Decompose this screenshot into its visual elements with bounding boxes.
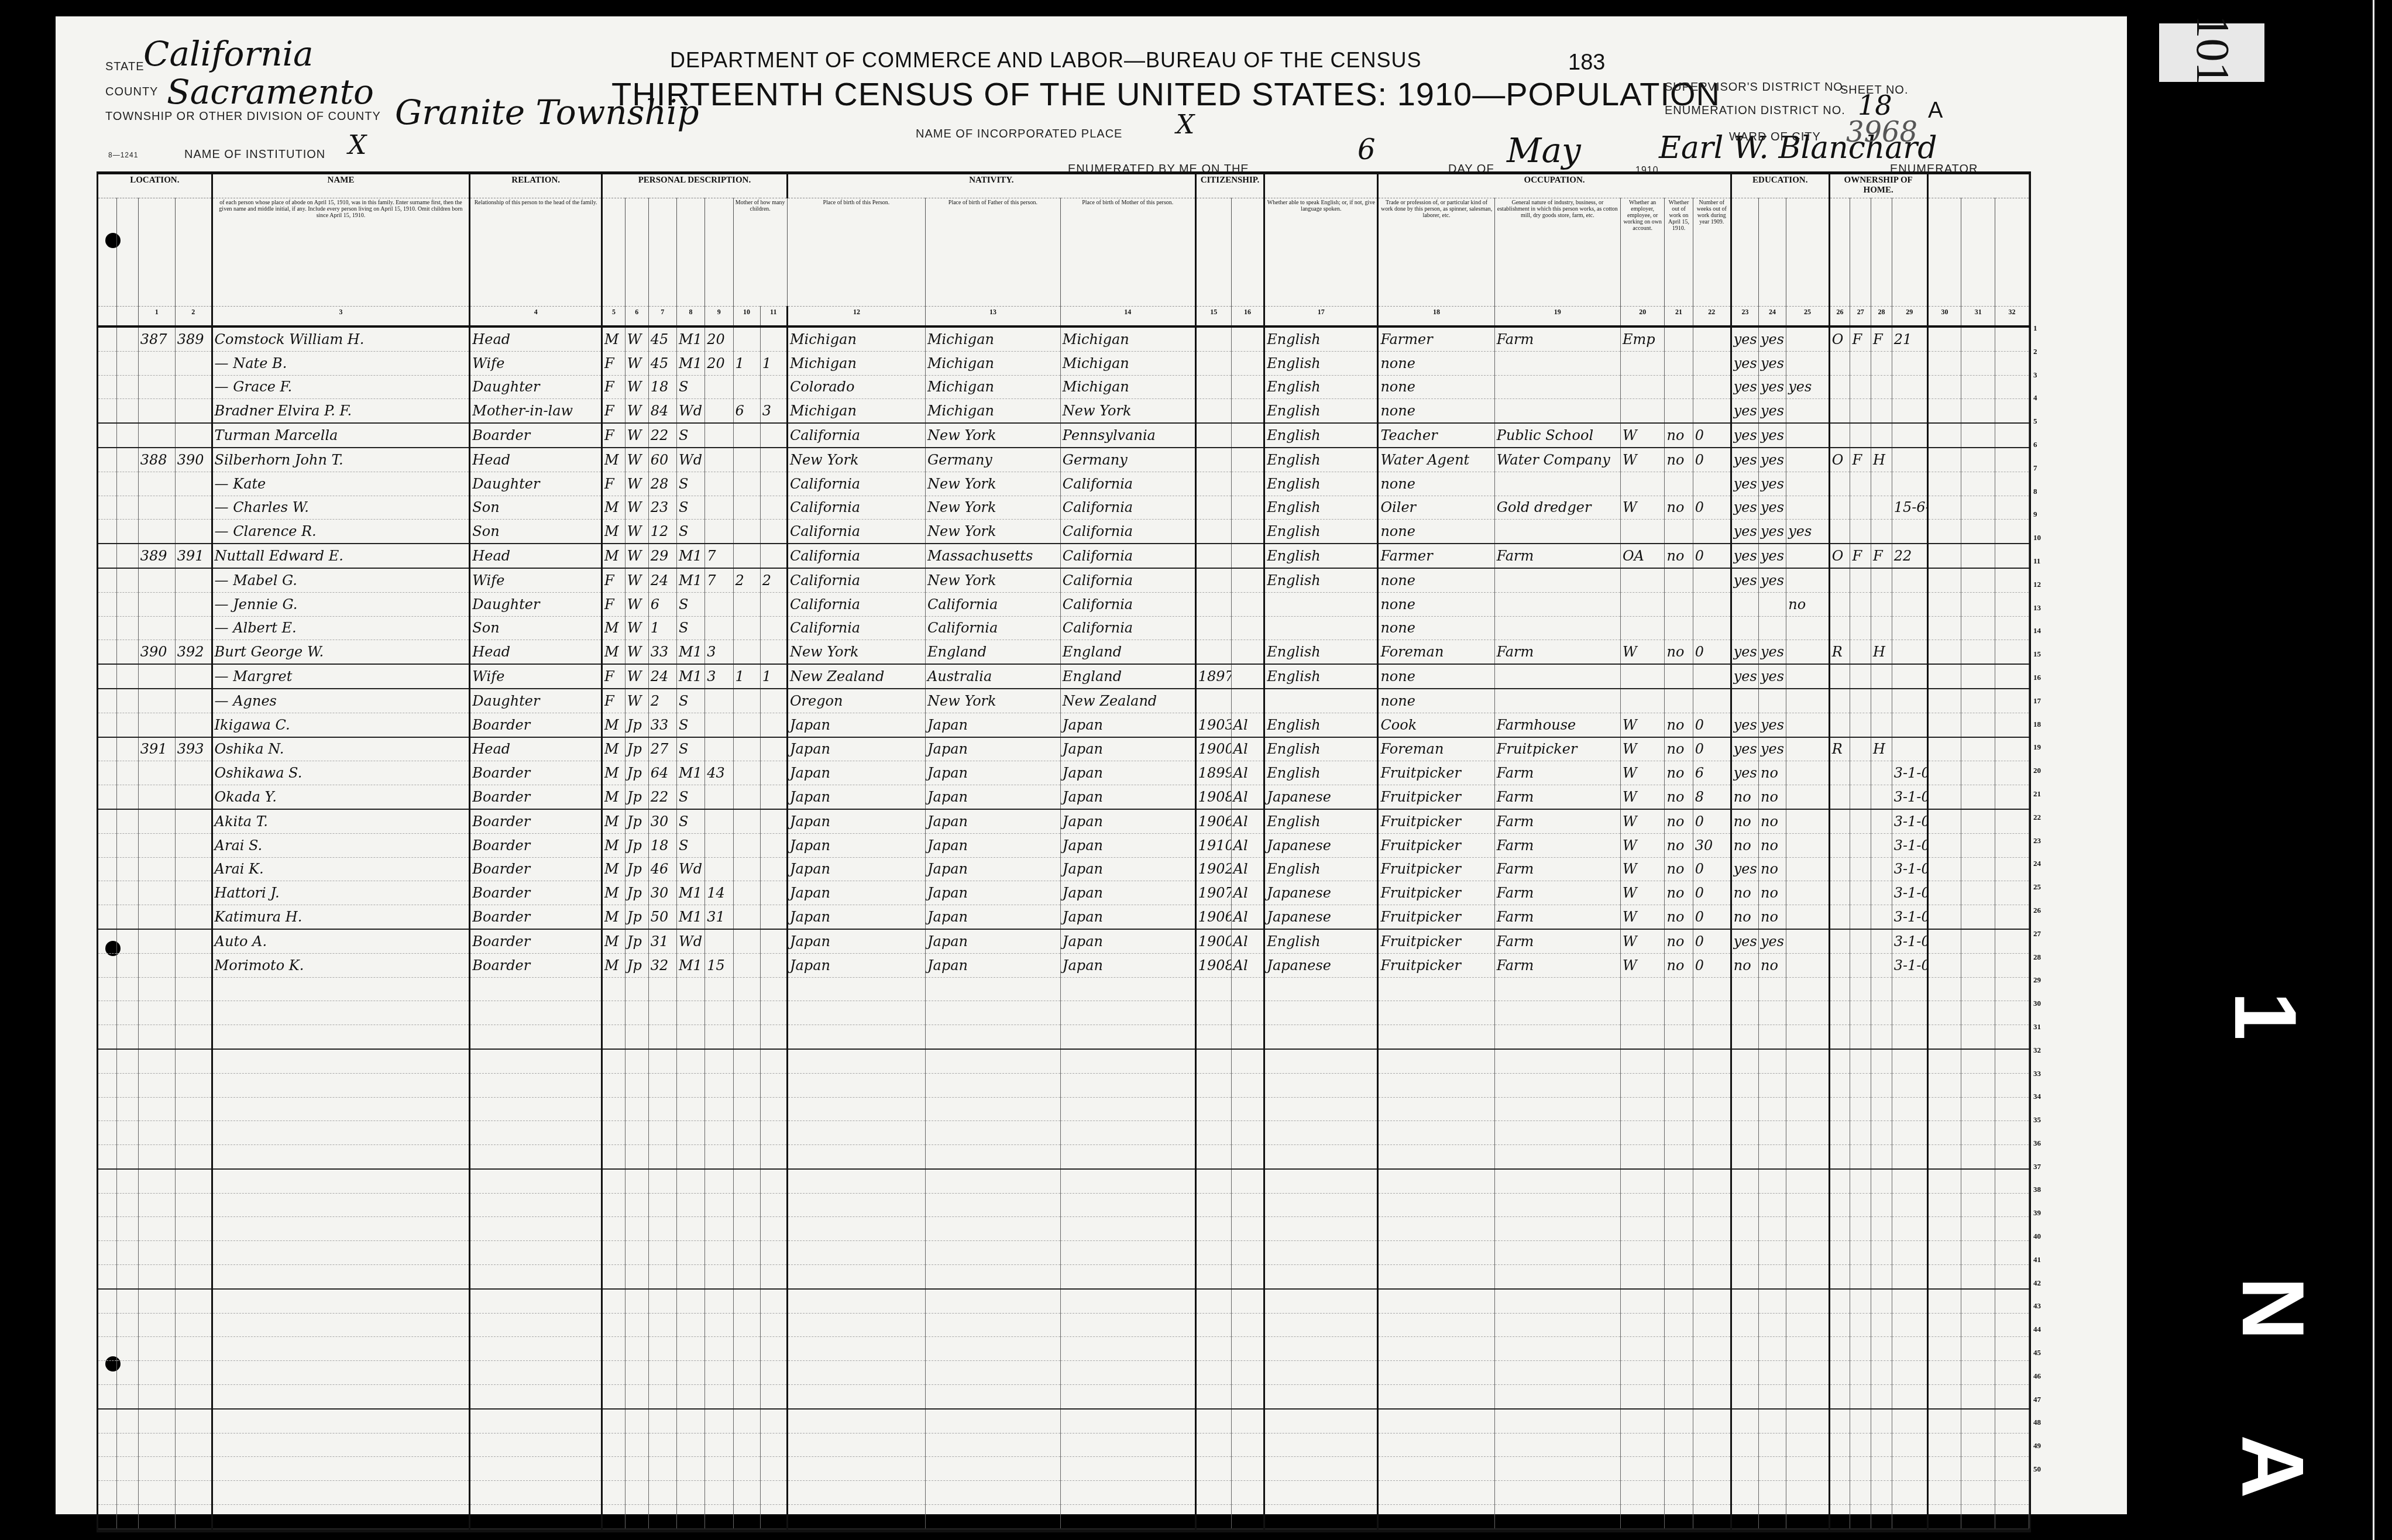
cell-cit bbox=[1231, 472, 1264, 496]
cell-living: 3 bbox=[760, 399, 787, 423]
cell-read: no bbox=[1731, 833, 1758, 857]
cell-cit bbox=[1231, 1433, 1264, 1457]
line-number: 26 bbox=[2033, 899, 2057, 922]
cell-born bbox=[733, 1457, 760, 1481]
cell-school bbox=[1786, 640, 1829, 664]
cell-ow bbox=[1665, 1289, 1693, 1313]
cell-c bbox=[1927, 1001, 1961, 1025]
cell-fam bbox=[175, 496, 212, 520]
cell-race: Jp bbox=[625, 905, 648, 929]
cell-lang: English bbox=[1264, 713, 1378, 737]
cell-sex bbox=[602, 1505, 625, 1529]
cell-write: yes bbox=[1759, 664, 1786, 689]
cell-dw bbox=[138, 977, 175, 1001]
cell-ms bbox=[676, 1457, 704, 1481]
cell-a bbox=[98, 953, 116, 977]
cell-a bbox=[98, 929, 116, 953]
cell-ind bbox=[1494, 1193, 1620, 1217]
cell-school bbox=[1786, 568, 1829, 592]
cell-emp bbox=[1620, 520, 1665, 544]
ward-label: Ward of city bbox=[1729, 130, 1821, 144]
cell-age: 18 bbox=[648, 375, 676, 399]
cell-age bbox=[648, 1409, 676, 1433]
cell-e bbox=[1995, 953, 2029, 977]
line-number: 24 bbox=[2033, 852, 2057, 875]
cell-wk bbox=[1693, 1313, 1731, 1337]
cell-emp bbox=[1620, 1385, 1665, 1409]
cell-mpob: Japan bbox=[1060, 857, 1195, 881]
table-row: 389391Nuttall Edward E.HeadMW29M17Califo… bbox=[98, 544, 2029, 568]
cell-born: 1 bbox=[733, 664, 760, 689]
cell-e bbox=[1995, 640, 2029, 664]
cell-b bbox=[116, 1481, 138, 1505]
cell-yrs bbox=[705, 616, 733, 640]
cell-age: 22 bbox=[648, 423, 676, 448]
cell-fam bbox=[175, 713, 212, 737]
cell-dw bbox=[138, 1361, 175, 1385]
cell-fam bbox=[175, 881, 212, 905]
cell-mpob: Japan bbox=[1060, 809, 1195, 833]
line-number: 10 bbox=[2033, 526, 2057, 549]
cell-c bbox=[1927, 592, 1961, 616]
cell-c bbox=[1927, 616, 1961, 640]
table-row: 390392Burt George W.HeadMW33M13New YorkE… bbox=[98, 640, 2029, 664]
line-number: 32 bbox=[2033, 1039, 2057, 1062]
cell-imm bbox=[1195, 1361, 1231, 1385]
line-number: 3 bbox=[2033, 363, 2057, 387]
table-row: 391393Oshika N.HeadMJp27SJapanJapanJapan… bbox=[98, 737, 2029, 761]
cell-lang bbox=[1264, 1145, 1378, 1169]
cell-farm bbox=[1871, 761, 1892, 785]
cell-b bbox=[116, 713, 138, 737]
cell-rel: Son bbox=[470, 616, 602, 640]
cell-b bbox=[116, 977, 138, 1001]
cell-age: 60 bbox=[648, 448, 676, 472]
cell-yrs bbox=[705, 496, 733, 520]
cell-school: no bbox=[1786, 592, 1829, 616]
cell-a bbox=[98, 1457, 116, 1481]
cell-fpob bbox=[926, 1025, 1061, 1049]
cell-d bbox=[1961, 592, 1995, 616]
cell-born bbox=[733, 1169, 760, 1193]
cell-trade: Farmer bbox=[1378, 326, 1494, 351]
cell-fm bbox=[1850, 1145, 1871, 1169]
cell-name: — Jennie G. bbox=[212, 592, 470, 616]
cell-sched bbox=[1892, 423, 1927, 448]
cell-race: W bbox=[625, 544, 648, 568]
cell-c bbox=[1927, 375, 1961, 399]
cell-fpob bbox=[926, 1049, 1061, 1073]
cell-ow bbox=[1665, 1313, 1693, 1337]
cell-e bbox=[1995, 399, 2029, 423]
cell-race: W bbox=[625, 568, 648, 592]
cell-lang bbox=[1264, 1193, 1378, 1217]
cell-ow bbox=[1665, 1145, 1693, 1169]
cell-fam bbox=[175, 1265, 212, 1289]
cell-trade: Fruitpicker bbox=[1378, 881, 1494, 905]
cell-school bbox=[1786, 544, 1829, 568]
cell-c bbox=[1927, 1385, 1961, 1409]
line-number: 39 bbox=[2033, 1201, 2057, 1225]
cell-ow bbox=[1665, 1409, 1693, 1433]
cell-sched: 3-1-0-0 bbox=[1892, 929, 1927, 953]
cell-ow: no bbox=[1665, 953, 1693, 977]
cell-race bbox=[625, 1145, 648, 1169]
table-row: Akita T.BoarderMJp30SJapanJapanJapan1906… bbox=[98, 809, 2029, 833]
cell-read bbox=[1731, 1241, 1758, 1265]
cell-farm bbox=[1871, 1505, 1892, 1529]
cell-born bbox=[733, 448, 760, 472]
cell-race bbox=[625, 1289, 648, 1313]
cell-farm bbox=[1871, 664, 1892, 689]
cell-fm bbox=[1850, 1097, 1871, 1121]
cell-ind: Public School bbox=[1494, 423, 1620, 448]
cell-name: Arai S. bbox=[212, 833, 470, 857]
cell-fpob: New York bbox=[926, 568, 1061, 592]
cell-write: yes bbox=[1759, 640, 1786, 664]
cell-race bbox=[625, 1361, 648, 1385]
cell-b bbox=[116, 881, 138, 905]
cell-lang: English bbox=[1264, 375, 1378, 399]
cell-e bbox=[1995, 929, 2029, 953]
cell-fpob: Japan bbox=[926, 785, 1061, 809]
cell-sex: F bbox=[602, 568, 625, 592]
cell-lang: English bbox=[1264, 664, 1378, 689]
cell-ind bbox=[1494, 689, 1620, 713]
cell-ms: S bbox=[676, 423, 704, 448]
cell-farm bbox=[1871, 616, 1892, 640]
cell-wk bbox=[1693, 1073, 1731, 1097]
cell-b bbox=[116, 448, 138, 472]
cell-e bbox=[1995, 1241, 2029, 1265]
cell-e bbox=[1995, 520, 2029, 544]
cell-dw bbox=[138, 1337, 175, 1361]
cell-sex: M bbox=[602, 785, 625, 809]
cell-farm: H bbox=[1871, 640, 1892, 664]
cell-name bbox=[212, 1193, 470, 1217]
cell-living bbox=[760, 953, 787, 977]
cell-cit bbox=[1231, 326, 1264, 351]
cell-school bbox=[1786, 1361, 1829, 1385]
cell-write bbox=[1759, 1481, 1786, 1505]
cell-sched: 3-1-0-0 bbox=[1892, 833, 1927, 857]
cell-wk: 6 bbox=[1693, 761, 1731, 785]
cell-e bbox=[1995, 1097, 2029, 1121]
cell-cit bbox=[1231, 977, 1264, 1001]
cell-fm bbox=[1850, 1313, 1871, 1337]
cell-age bbox=[648, 1145, 676, 1169]
table-row: — Mabel G.WifeFW24M1722CaliforniaNew Yor… bbox=[98, 568, 2029, 592]
cell-e bbox=[1995, 616, 2029, 640]
cell-fam bbox=[175, 1001, 212, 1025]
group-relation: RELATION. bbox=[470, 174, 602, 198]
cell-dw bbox=[138, 905, 175, 929]
cell-race: W bbox=[625, 351, 648, 375]
cell-imm: 1902 bbox=[1195, 857, 1231, 881]
cell-lang: English bbox=[1264, 351, 1378, 375]
cell-farm bbox=[1871, 1217, 1892, 1241]
cell-write bbox=[1759, 1241, 1786, 1265]
cell-ow bbox=[1665, 1001, 1693, 1025]
cell-fm bbox=[1850, 1505, 1871, 1529]
cell-dw bbox=[138, 761, 175, 785]
cell-living bbox=[760, 929, 787, 953]
cell-yrs bbox=[705, 1385, 733, 1409]
cell-mpob bbox=[1060, 1097, 1195, 1121]
cell-e bbox=[1995, 857, 2029, 881]
cell-school bbox=[1786, 1457, 1829, 1481]
cell-own bbox=[1829, 977, 1850, 1001]
cell-emp: W bbox=[1620, 737, 1665, 761]
cell-fpob bbox=[926, 1313, 1061, 1337]
cell-b bbox=[116, 1169, 138, 1193]
line-number: 2 bbox=[2033, 340, 2057, 363]
cell-mpob bbox=[1060, 977, 1195, 1001]
cell-fm bbox=[1850, 375, 1871, 399]
cell-born: 6 bbox=[733, 399, 760, 423]
cell-fpob: Japan bbox=[926, 857, 1061, 881]
cell-ms bbox=[676, 1265, 704, 1289]
cell-fm bbox=[1850, 1241, 1871, 1265]
cell-farm: H bbox=[1871, 737, 1892, 761]
cell-name bbox=[212, 1313, 470, 1337]
cell-rel bbox=[470, 1337, 602, 1361]
cell-school bbox=[1786, 929, 1829, 953]
cell-school bbox=[1786, 351, 1829, 375]
cell-own bbox=[1829, 568, 1850, 592]
cell-cit bbox=[1231, 399, 1264, 423]
cell-pob bbox=[787, 1121, 925, 1145]
cell-d bbox=[1961, 905, 1995, 929]
cell-fam bbox=[175, 1145, 212, 1169]
cell-e bbox=[1995, 375, 2029, 399]
cell-sex bbox=[602, 1073, 625, 1097]
cell-yrs bbox=[705, 399, 733, 423]
cell-fm bbox=[1850, 1361, 1871, 1385]
cell-sched bbox=[1892, 1433, 1927, 1457]
cell-mpob: Japan bbox=[1060, 761, 1195, 785]
cell-rel bbox=[470, 1313, 602, 1337]
cell-own bbox=[1829, 1025, 1850, 1049]
cell-sex bbox=[602, 1121, 625, 1145]
cell-sex bbox=[602, 1049, 625, 1073]
cell-sched bbox=[1892, 1193, 1927, 1217]
table-row: 388390Silberhorn John T.HeadMW60WdNew Yo… bbox=[98, 448, 2029, 472]
cell-ms bbox=[676, 1193, 704, 1217]
cell-ms: S bbox=[676, 496, 704, 520]
cell-fpob bbox=[926, 1121, 1061, 1145]
cell-farm bbox=[1871, 1433, 1892, 1457]
cell-d bbox=[1961, 640, 1995, 664]
cell-rel: Daughter bbox=[470, 472, 602, 496]
cell-wk bbox=[1693, 568, 1731, 592]
cell-living bbox=[760, 520, 787, 544]
cell-yrs bbox=[705, 1121, 733, 1145]
census-table: LOCATION. NAME RELATION. PERSONAL DESCRI… bbox=[97, 171, 2031, 1532]
cell-c bbox=[1927, 761, 1961, 785]
cell-fam bbox=[175, 857, 212, 881]
cell-lang: English bbox=[1264, 520, 1378, 544]
cell-pob: Michigan bbox=[787, 351, 925, 375]
cell-ow bbox=[1665, 1265, 1693, 1289]
cell-trade bbox=[1378, 1121, 1494, 1145]
cell-emp: W bbox=[1620, 833, 1665, 857]
cell-farm bbox=[1871, 520, 1892, 544]
cell-ms: S bbox=[676, 592, 704, 616]
cell-living: 1 bbox=[760, 351, 787, 375]
cell-born bbox=[733, 1217, 760, 1241]
cell-mpob: New York bbox=[1060, 399, 1195, 423]
cell-pob bbox=[787, 1217, 925, 1241]
cell-wk bbox=[1693, 1097, 1731, 1121]
cell-a bbox=[98, 1361, 116, 1385]
cell-sex: M bbox=[602, 833, 625, 857]
cell-fm bbox=[1850, 953, 1871, 977]
cell-living bbox=[760, 1145, 787, 1169]
cell-read: yes bbox=[1731, 520, 1758, 544]
cell-own bbox=[1829, 1217, 1850, 1241]
table-row: Katimura H.BoarderMJp50M131JapanJapanJap… bbox=[98, 905, 2029, 929]
cell-name: — Albert E. bbox=[212, 616, 470, 640]
cell-imm bbox=[1195, 1193, 1231, 1217]
cell-d bbox=[1961, 1049, 1995, 1073]
cell-trade bbox=[1378, 1433, 1494, 1457]
cell-ind bbox=[1494, 351, 1620, 375]
cell-pob: New York bbox=[787, 448, 925, 472]
cell-rel bbox=[470, 1217, 602, 1241]
cell-ind bbox=[1494, 1001, 1620, 1025]
employer-desc: Whether an employer, employee, or workin… bbox=[1620, 198, 1665, 307]
cell-read: yes bbox=[1731, 448, 1758, 472]
cell-fam bbox=[175, 351, 212, 375]
cell-imm bbox=[1195, 640, 1231, 664]
cell-fm bbox=[1850, 1289, 1871, 1313]
cell-born bbox=[733, 1049, 760, 1073]
cell-fpob: Michigan bbox=[926, 351, 1061, 375]
cell-emp: Emp bbox=[1620, 326, 1665, 351]
cell-d bbox=[1961, 1361, 1995, 1385]
cell-b bbox=[116, 905, 138, 929]
cell-imm bbox=[1195, 472, 1231, 496]
cell-own bbox=[1829, 929, 1850, 953]
cell-e bbox=[1995, 1217, 2029, 1241]
cell-read: yes bbox=[1731, 351, 1758, 375]
cell-race bbox=[625, 1121, 648, 1145]
cell-race: Jp bbox=[625, 857, 648, 881]
cell-living bbox=[760, 1457, 787, 1481]
cell-wk: 0 bbox=[1693, 881, 1731, 905]
cell-name: — Grace F. bbox=[212, 375, 470, 399]
table-row: Okada Y.BoarderMJp22SJapanJapanJapan1908… bbox=[98, 785, 2029, 809]
cell-emp: W bbox=[1620, 881, 1665, 905]
cell-mpob: England bbox=[1060, 664, 1195, 689]
cell-born bbox=[733, 809, 760, 833]
cell-dw bbox=[138, 592, 175, 616]
line-number: 46 bbox=[2033, 1364, 2057, 1388]
cell-ow bbox=[1665, 568, 1693, 592]
cell-farm bbox=[1871, 809, 1892, 833]
cell-ow bbox=[1665, 1121, 1693, 1145]
table-row bbox=[98, 1265, 2029, 1289]
cell-fam bbox=[175, 1505, 212, 1529]
cell-fam bbox=[175, 1457, 212, 1481]
cell-sched: 22 bbox=[1892, 544, 1927, 568]
cell-rel: Mother-in-law bbox=[470, 399, 602, 423]
cell-ind bbox=[1494, 1433, 1620, 1457]
cell-c bbox=[1927, 1193, 1961, 1217]
cell-rel: Wife bbox=[470, 351, 602, 375]
cell-sex: M bbox=[602, 496, 625, 520]
cell-imm bbox=[1195, 1265, 1231, 1289]
cell-b bbox=[116, 351, 138, 375]
cell-trade: Cook bbox=[1378, 713, 1494, 737]
cell-e bbox=[1995, 905, 2029, 929]
cell-c bbox=[1927, 1145, 1961, 1169]
cell-mpob: Germany bbox=[1060, 448, 1195, 472]
cell-living bbox=[760, 1241, 787, 1265]
cell-lang bbox=[1264, 1073, 1378, 1097]
cell-cit bbox=[1231, 1001, 1264, 1025]
cell-pob: California bbox=[787, 568, 925, 592]
cell-emp bbox=[1620, 592, 1665, 616]
cell-dw: 388 bbox=[138, 448, 175, 472]
cell-read bbox=[1731, 1289, 1758, 1313]
cell-age bbox=[648, 1505, 676, 1529]
table-row: Oshikawa S.BoarderMJp64M143JapanJapanJap… bbox=[98, 761, 2029, 785]
cell-race bbox=[625, 1409, 648, 1433]
cell-name: — Charles W. bbox=[212, 496, 470, 520]
cell-school bbox=[1786, 1481, 1829, 1505]
cell-fm bbox=[1850, 1481, 1871, 1505]
cell-race: Jp bbox=[625, 953, 648, 977]
cell-write bbox=[1759, 1337, 1786, 1361]
cell-dw bbox=[138, 809, 175, 833]
cell-mpob bbox=[1060, 1337, 1195, 1361]
cell-ms bbox=[676, 1385, 704, 1409]
cell-b bbox=[116, 1001, 138, 1025]
cell-age: 12 bbox=[648, 520, 676, 544]
cell-fam bbox=[175, 520, 212, 544]
cell-c bbox=[1927, 785, 1961, 809]
cell-fm bbox=[1850, 809, 1871, 833]
cell-sched bbox=[1892, 1361, 1927, 1385]
cell-c bbox=[1927, 1505, 1961, 1529]
cell-own bbox=[1829, 520, 1850, 544]
table-row: — Jennie G.DaughterFW6SCaliforniaCalifor… bbox=[98, 592, 2029, 616]
cell-a bbox=[98, 689, 116, 713]
cell-living bbox=[760, 1097, 787, 1121]
cell-born bbox=[733, 713, 760, 737]
cell-sched bbox=[1892, 1097, 1927, 1121]
cell-c bbox=[1927, 1217, 1961, 1241]
cell-age: 45 bbox=[648, 351, 676, 375]
cell-emp bbox=[1620, 1073, 1665, 1097]
film-edge bbox=[2373, 0, 2374, 1540]
cell-read: yes bbox=[1731, 857, 1758, 881]
cell-fm bbox=[1850, 713, 1871, 737]
cell-imm bbox=[1195, 1433, 1231, 1457]
cell-born bbox=[733, 689, 760, 713]
cell-fpob bbox=[926, 1145, 1061, 1169]
cell-mpob bbox=[1060, 1049, 1195, 1073]
table-row bbox=[98, 1457, 2029, 1481]
cell-a bbox=[98, 905, 116, 929]
cell-write bbox=[1759, 1313, 1786, 1337]
cell-imm: 1906 bbox=[1195, 905, 1231, 929]
cell-name bbox=[212, 1241, 470, 1265]
cell-name: Katimura H. bbox=[212, 905, 470, 929]
cell-c bbox=[1927, 496, 1961, 520]
